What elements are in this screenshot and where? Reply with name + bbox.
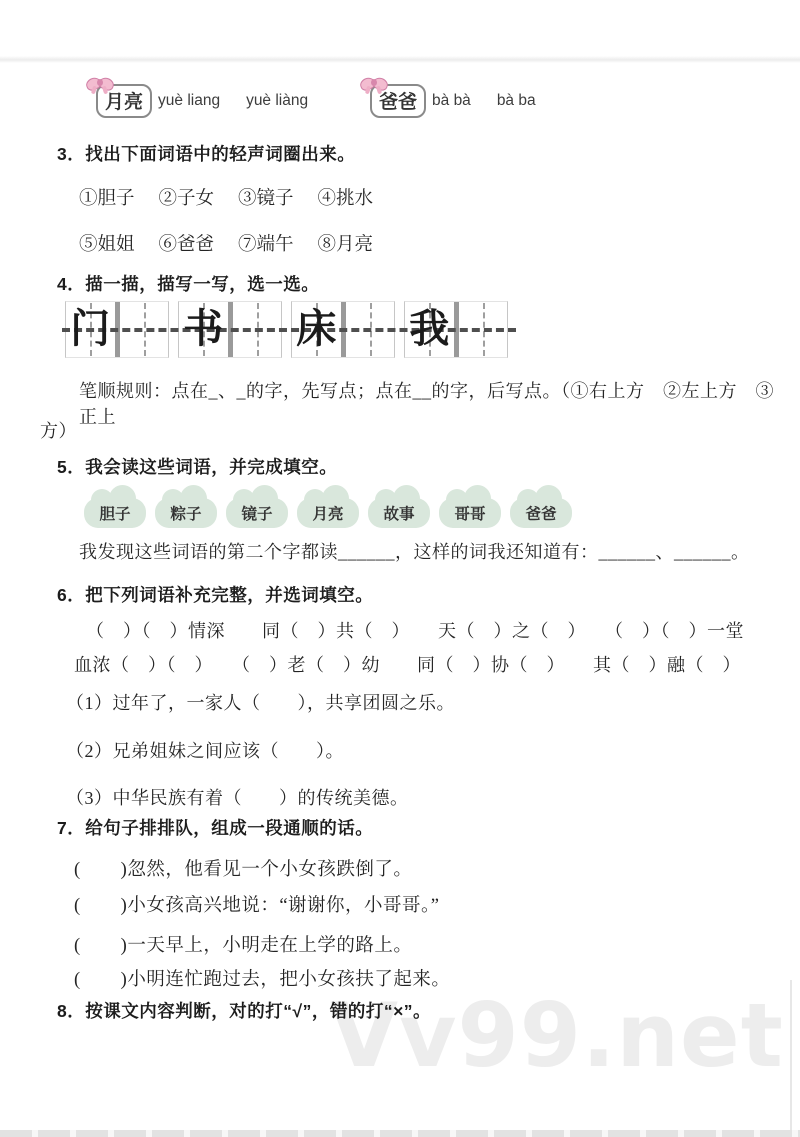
word-cloud: 月亮 <box>297 498 359 528</box>
word-cloud: 爸爸 <box>510 498 572 528</box>
q6-sub3: （3）中华民族有着（ ）的传统美德。 <box>66 784 409 810</box>
trace-character: 书 <box>183 308 223 348</box>
q3-option: ⑥爸爸 <box>159 230 215 256</box>
paren-open: ( <box>74 896 81 916</box>
word-cloud: 故事 <box>368 498 430 528</box>
pinyin-option: yuè liàng <box>246 92 308 110</box>
word-badge: 爸爸 <box>370 84 426 118</box>
word-cloud: 胆子 <box>84 498 146 528</box>
trace-character: 我 <box>409 308 449 348</box>
cloud-word: 月亮 <box>297 502 359 524</box>
cloud-word: 粽子 <box>155 502 217 524</box>
q3-option: ①胆子 <box>79 184 135 210</box>
q8-title: 8．按课文内容判断，对的打“√”，错的打“×”。 <box>57 998 431 1023</box>
pinyin-option: yuè liang <box>158 92 220 110</box>
q4-title: 4．描一描，描写一写，选一选。 <box>57 271 319 296</box>
trace-character: 门 <box>70 308 110 348</box>
q7-sentence-line: ()忽然，他看见一个小女孩跌倒了。 <box>74 855 412 881</box>
word-label: 爸爸 <box>379 92 417 113</box>
paren-open: ( <box>74 970 81 990</box>
pinyin-option: bà ba <box>497 92 536 110</box>
q3-option: ⑦端午 <box>238 230 294 256</box>
grid-cell-char: 床 <box>292 302 341 357</box>
page-edge-line <box>790 980 792 1137</box>
q4-rule-line1: 笔顺规则：点在_、_的字，先写点；点在__的字，后写点。（①右上方 ②左上方 ③… <box>79 377 784 429</box>
cloud-word: 镜子 <box>226 502 288 524</box>
trace-character: 床 <box>296 308 336 348</box>
q5-fill-sentence: 我发现这些词语的第二个字都读______，这样的词我还知道有：______、__… <box>79 538 779 564</box>
cloud-word: 胆子 <box>84 502 146 524</box>
q3-options-row2: ⑤姐姐 ⑥爸爸 ⑦端午 ⑧月亮 <box>79 230 373 256</box>
q6-idiom-row1: （ ）（ ）情深 同（ ）共（ ） 天（ ）之（ ） （ ）（ ）一堂 <box>86 617 786 643</box>
sentence-text: 小女孩高兴地说：“谢谢你，小哥哥。” <box>127 896 439 916</box>
q3-options-row1: ①胆子 ②子女 ③镜子 ④挑水 <box>79 184 373 210</box>
q6-idiom-row2: 血浓（ ）（ ） （ ）老（ ）幼 同（ ）协（ ） 其（ ）融（ ） <box>74 651 774 677</box>
q3-title: 3．找出下面词语中的轻声词圈出来。 <box>57 141 355 166</box>
worksheet-page: Vv99.net 月亮 yuè liang yuè liàng 爸爸 bà bà… <box>0 0 800 1137</box>
word-cloud: 哥哥 <box>439 498 501 528</box>
cloud-word: 哥哥 <box>439 502 501 524</box>
page-bottom-dashes <box>0 1130 800 1137</box>
word-cloud: 镜子 <box>226 498 288 528</box>
q5-word-clouds: 胆子 粽子 镜子 月亮 故事 哥哥 爸爸 <box>84 484 572 528</box>
q3-option: ②子女 <box>159 184 215 210</box>
q7-sentence-line: ()小明连忙跑过去，把小女孩扶了起来。 <box>74 965 450 991</box>
sentence-text: 忽然，他看见一个小女孩跌倒了。 <box>127 860 412 880</box>
q3-option: ③镜子 <box>238 184 294 210</box>
grid-cell-char: 门 <box>66 302 115 357</box>
q3-option: ⑧月亮 <box>318 230 374 256</box>
pinyin-option: bà bà <box>432 92 471 110</box>
sentence-text: 一天早上，小明走在上学的路上。 <box>127 936 412 956</box>
q6-sub2: （2）兄弟姐妹之间应该（ ）。 <box>66 737 344 763</box>
word-label: 月亮 <box>105 92 143 113</box>
pinyin-choice-baba: 爸爸 bà bà bà ba <box>370 84 536 118</box>
q4-rule-line2: 方） <box>40 417 77 443</box>
grid-cell-char: 我 <box>405 302 454 357</box>
sentence-text: 小明连忙跑过去，把小女孩扶了起来。 <box>127 970 450 990</box>
ribbon-bow-icon <box>86 73 114 93</box>
q7-sentence-line: ()小女孩高兴地说：“谢谢你，小哥哥。” <box>74 891 440 917</box>
page-fold-shadow <box>0 56 800 63</box>
q3-option: ④挑水 <box>318 184 374 210</box>
grid-cell-char: 书 <box>179 302 228 357</box>
q3-option: ⑤姐姐 <box>79 230 135 256</box>
handwriting-grid: 门 书 床 我 <box>65 301 508 358</box>
word-badge: 月亮 <box>96 84 152 118</box>
pinyin-choice-yueliang: 月亮 yuè liang yuè liàng <box>96 84 308 118</box>
ribbon-bow-icon <box>360 73 388 93</box>
cloud-word: 故事 <box>368 502 430 524</box>
q6-sub1: （1）过年了，一家人（ ），共享团圆之乐。 <box>66 689 455 715</box>
q7-sentence-line: ()一天早上，小明走在上学的路上。 <box>74 931 412 957</box>
paren-open: ( <box>74 860 81 880</box>
paren-open: ( <box>74 936 81 956</box>
q7-title: 7．给句子排排队，组成一段通顺的话。 <box>57 815 373 840</box>
word-cloud: 粽子 <box>155 498 217 528</box>
q6-title: 6．把下列词语补充完整，并选词填空。 <box>57 582 373 607</box>
cloud-word: 爸爸 <box>510 502 572 524</box>
q5-title: 5．我会读这些词语，并完成填空。 <box>57 454 337 479</box>
